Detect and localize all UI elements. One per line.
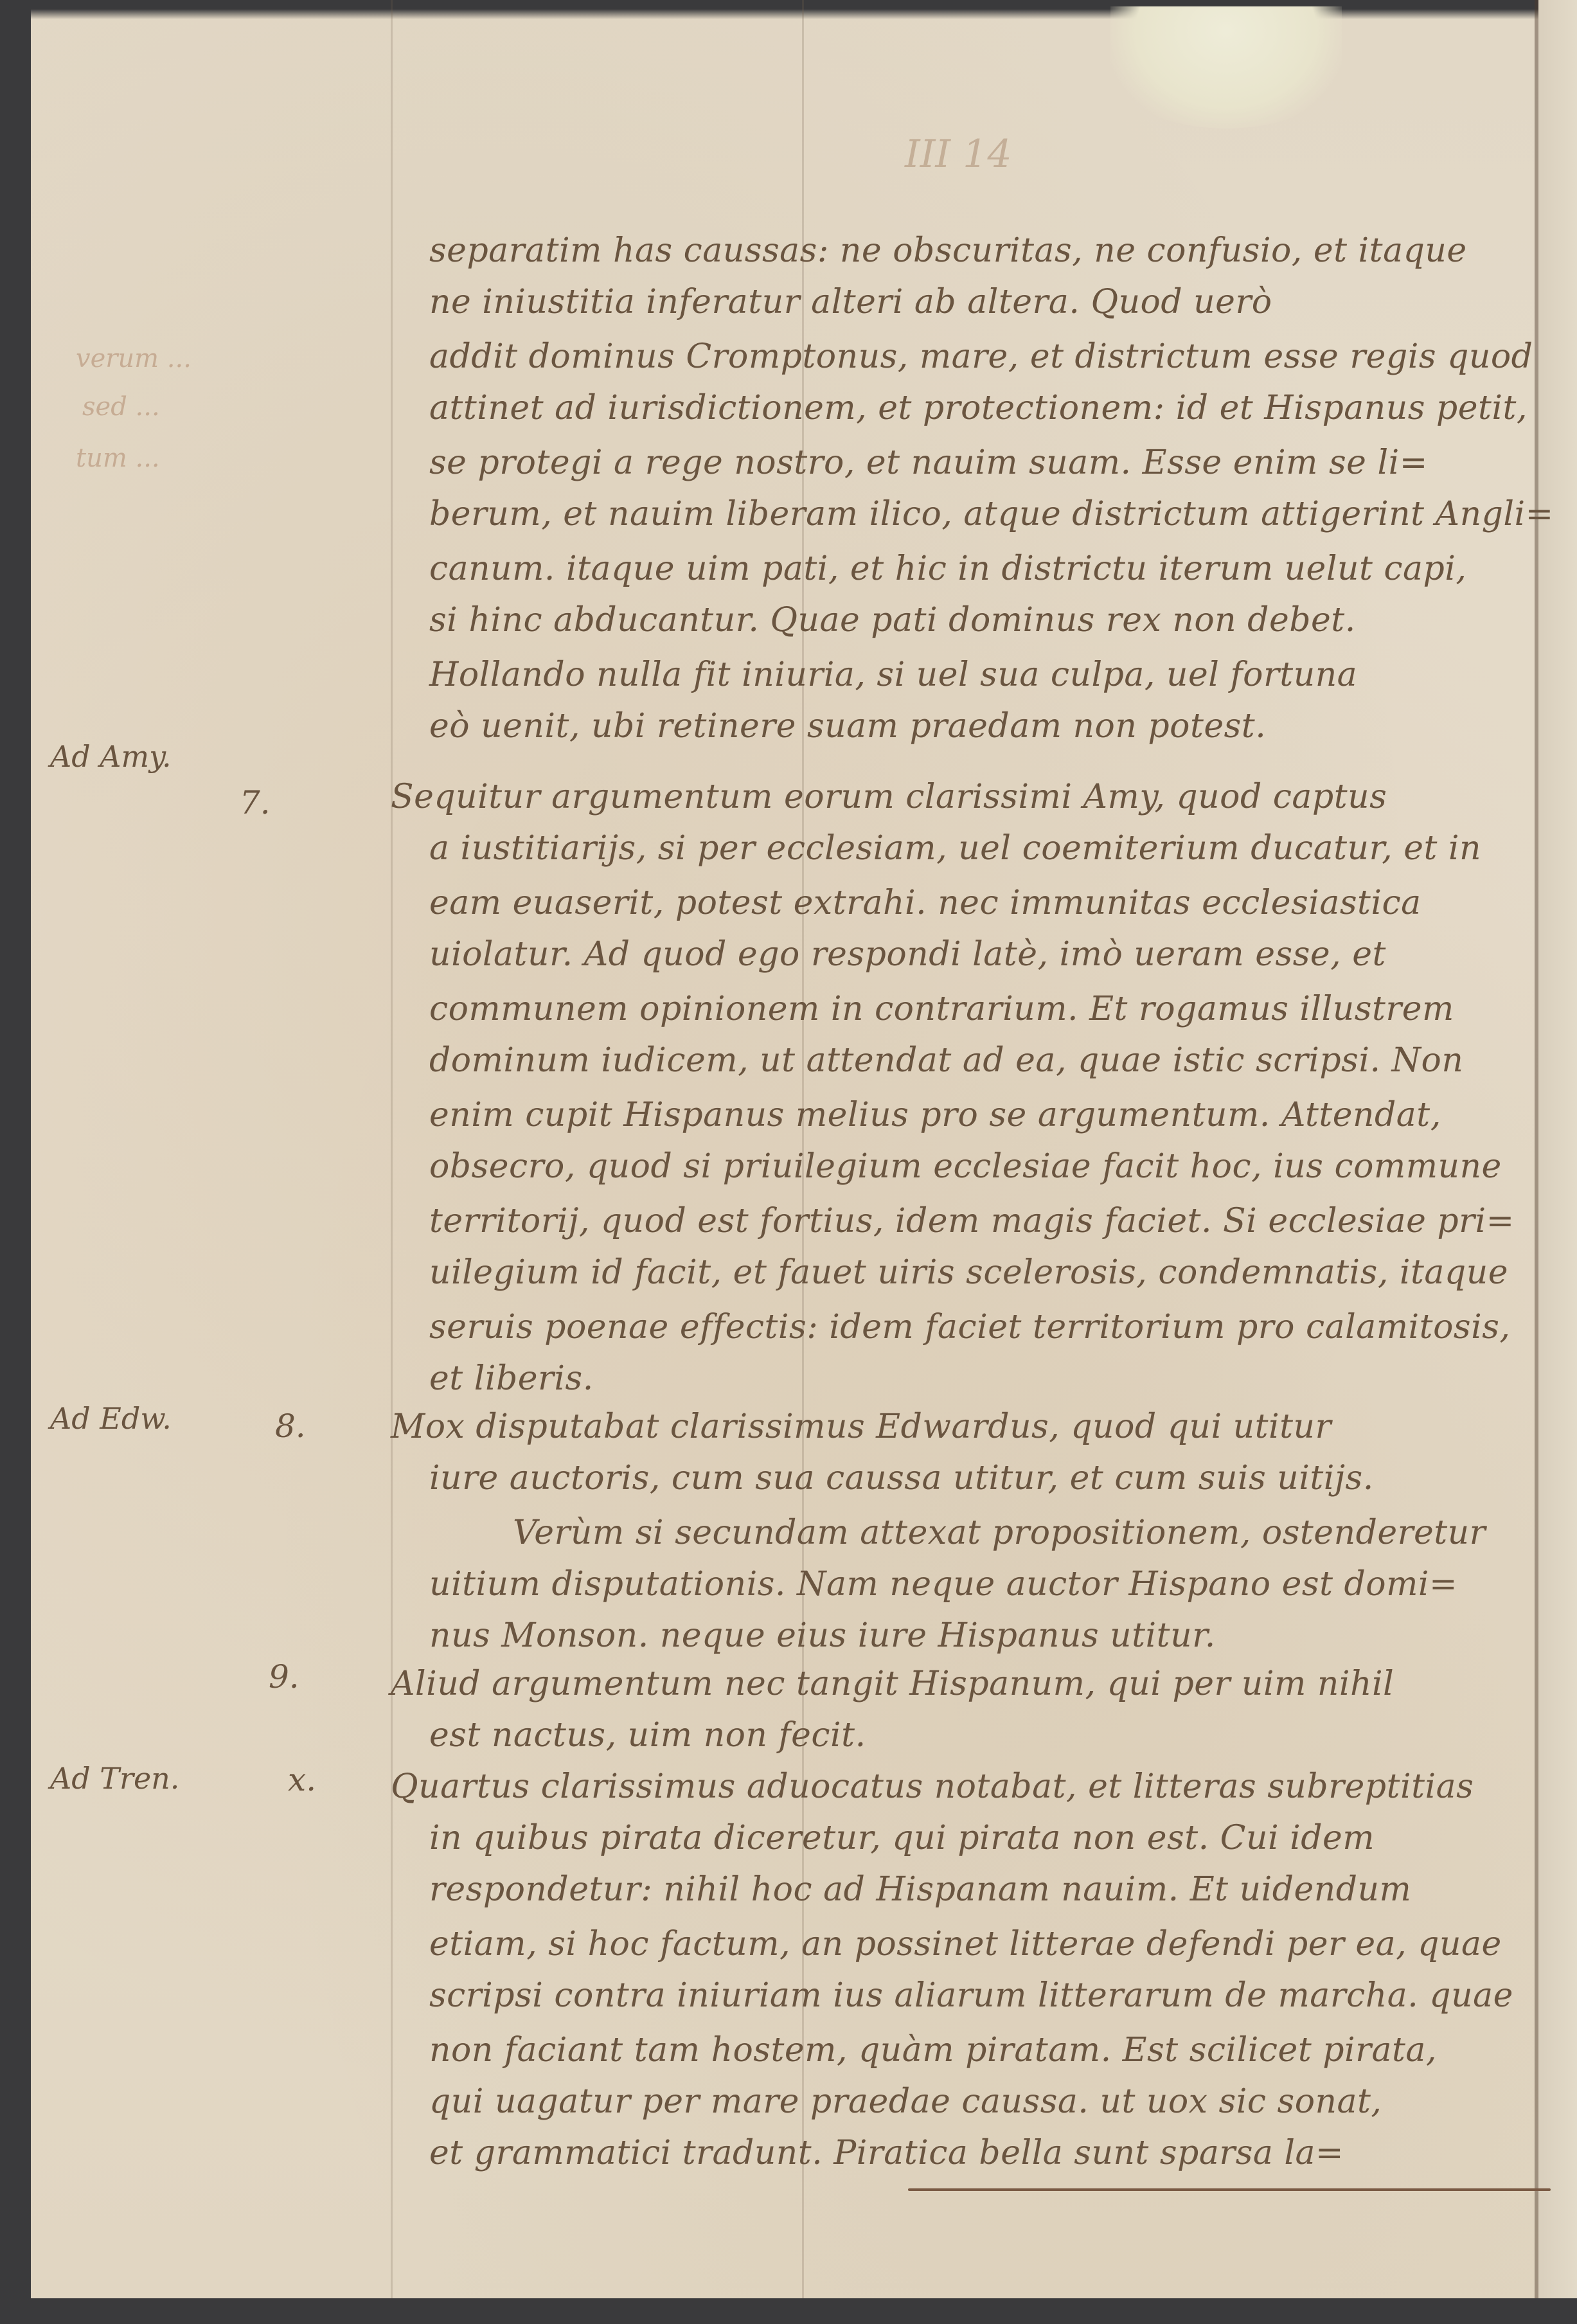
- torn-top-edge: [31, 0, 1577, 19]
- text-line: scripsi contra iniuriam ius aliarum litt…: [429, 1976, 1513, 2015]
- paper-repair-patch: [1110, 6, 1342, 129]
- text-line: berum, et nauim liberam ilico, atque dis…: [429, 495, 1554, 533]
- text-line: etiam, si hoc factum, an possinet litter…: [429, 1925, 1502, 1963]
- margin-note-ad-amy: Ad Amy.: [50, 739, 172, 774]
- torn-bottom-edge: [31, 2298, 1577, 2324]
- section-number-9: 9.: [269, 1658, 299, 1695]
- ink-underline: [908, 2188, 1551, 2191]
- section-number-8: 8.: [275, 1408, 306, 1445]
- manuscript-page: III 14 verum ... sed ... tum ... Ad Amy.…: [31, 0, 1577, 2301]
- text-line: attinet ad iurisdictionem, et protection…: [429, 389, 1528, 427]
- faded-margin-note: sed ...: [82, 392, 160, 422]
- section-number-x: x.: [288, 1761, 316, 1798]
- text-line: eò uenit, ubi retinere suam praedam non …: [429, 707, 1266, 746]
- text-line: Quartus clarissimus aduocatus notabat, e…: [391, 1767, 1474, 1806]
- text-line: et liberis.: [429, 1359, 594, 1398]
- text-line: non faciant tam hostem, quàm piratam. Es…: [429, 2031, 1437, 2069]
- text-line: se protegi a rege nostro, et nauim suam.…: [429, 443, 1428, 482]
- text-line: eam euaserit, potest extrahi. nec immuni…: [429, 884, 1421, 922]
- text-line: in quibus pirata diceretur, qui pirata n…: [429, 1819, 1375, 1857]
- text-line: addit dominus Cromptonus, mare, et distr…: [429, 337, 1533, 376]
- text-line: est nactus, uim non fecit.: [429, 1716, 866, 1755]
- text-line: Mox disputabat clarissimus Edwardus, quo…: [391, 1408, 1332, 1446]
- binding-strip: [1535, 0, 1538, 2301]
- binding-margin: [1538, 0, 1577, 2301]
- text-line: Hollando nulla fit iniuria, si uel sua c…: [429, 656, 1357, 694]
- text-line: dominum iudicem, ut attendat ad ea, quae…: [429, 1041, 1463, 1080]
- text-line: obsecro, quod si priuilegium ecclesiae f…: [429, 1147, 1502, 1186]
- text-line: si hinc abducantur. Quae pati dominus re…: [429, 601, 1356, 639]
- text-line: ne iniustitia inferatur alteri ab altera…: [429, 283, 1272, 321]
- text-line: iure auctoris, cum sua caussa utitur, et…: [429, 1459, 1374, 1497]
- text-line: et grammatici tradunt. Piratica bella su…: [429, 2134, 1344, 2172]
- text-line: uiolatur. Ad quod ego respondi latè, imò…: [429, 935, 1386, 974]
- text-line: qui uagatur per mare praedae caussa. ut …: [429, 2082, 1382, 2121]
- folio-mark: III 14: [905, 132, 1012, 177]
- text-line: Verùm si secundam attexat propositionem,…: [513, 1514, 1486, 1552]
- text-line: uitium disputationis. Nam neque auctor H…: [429, 1565, 1457, 1604]
- text-line: nus Monson. neque eius iure Hispanus uti…: [429, 1616, 1216, 1655]
- fold-line: [391, 0, 393, 2301]
- text-line: canum. itaque uim pati, et hic in distri…: [429, 550, 1466, 588]
- text-line: uilegium id facit, et fauet uiris sceler…: [429, 1253, 1508, 1292]
- text-line: respondetur: nihil hoc ad Hispanam nauim…: [429, 1870, 1411, 1909]
- text-line: a iustitiarijs, si per ecclesiam, uel co…: [429, 829, 1481, 868]
- text-line: separatim has caussas: ne obscuritas, ne…: [429, 231, 1467, 270]
- margin-note-ad-edw: Ad Edw.: [50, 1401, 172, 1436]
- text-line: seruis poenae effectis: idem faciet terr…: [429, 1308, 1510, 1346]
- faded-margin-note: verum ...: [76, 344, 192, 373]
- margin-note-ad-tren: Ad Tren.: [50, 1761, 179, 1796]
- text-line: Sequitur argumentum eorum clarissimi Amy…: [391, 778, 1387, 816]
- text-line: Aliud argumentum nec tangit Hispanum, qu…: [391, 1665, 1394, 1703]
- text-line: territorij, quod est fortius, idem magis…: [429, 1202, 1515, 1240]
- faded-margin-note: tum ...: [76, 443, 160, 473]
- text-line: enim cupit Hispanus melius pro se argume…: [429, 1096, 1441, 1134]
- section-number-7: 7.: [240, 784, 271, 821]
- text-line: communem opinionem in contrarium. Et rog…: [429, 990, 1454, 1028]
